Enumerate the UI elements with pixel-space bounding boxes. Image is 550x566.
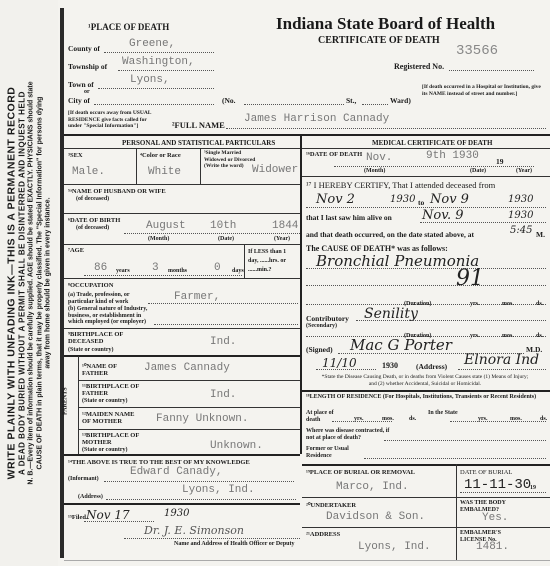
registered-label: Registered No. (394, 62, 444, 71)
certify-statement: ¹⁷ I HEREBY CERTIFY, That I attended dec… (306, 180, 495, 190)
document-title: Indiana State Board of Health (276, 14, 495, 34)
informant-address-value: Lyons, Ind. (182, 484, 255, 496)
death-time-label: and that death occurred, on the date sta… (306, 230, 474, 239)
birthplace-value: Ind. (210, 336, 236, 348)
former-residence-label: Former or Usual Residence (306, 446, 366, 459)
date-of-death-day: 9th 1930 (426, 150, 479, 162)
attended-to-date: Nov 9 (430, 192, 469, 207)
sex-label: ³SEX (68, 152, 83, 159)
dod-day-label: (Date) (470, 168, 486, 175)
father-name-label: ¹⁰NAME OF FATHER (82, 362, 140, 377)
contributory-label: Contributory (306, 314, 349, 323)
personal-heading: PERSONAL AND STATISTICAL PARTICULARS (122, 139, 275, 147)
embalmed-value: Yes. (482, 512, 508, 524)
parents-side-label: PARENTS (63, 387, 70, 415)
ink-instruction: WRITE PLAINLY WITH UNFADING INK—THIS IS … (5, 0, 17, 566)
contrib-yrs-label: yrs. (470, 333, 480, 340)
date-of-death-19: 19 (496, 157, 504, 166)
in-state-label: In the State (428, 410, 458, 417)
cause-mos-label: mos. (502, 301, 514, 308)
permit-instruction: A DEAD BODY BURIED WITHOUT A PERMIT SHAL… (17, 0, 27, 566)
document-subtitle: CERTIFICATE OF DEATH (318, 35, 440, 46)
years-label: years (116, 268, 130, 275)
days-label: days (232, 268, 244, 275)
cause-note: 91 (456, 266, 484, 291)
undertaker-address-label: ²¹ADDRESS (306, 531, 340, 538)
father-birthplace-label: ¹¹BIRTHPLACE OF FATHER (82, 383, 152, 397)
county-value: Greene, (129, 38, 175, 50)
cause-yrs-label: yrs. (470, 301, 480, 308)
residence-yrs-label: yrs. (354, 416, 364, 423)
instructions-text: WRITE PLAINLY WITH UNFADING INK—THIS IS … (5, 0, 53, 566)
nb-instruction-1: N. B.—Every item of information should b… (27, 0, 36, 566)
informant-value: Edward Canady, (130, 466, 222, 478)
date-of-death-month: Nov. (366, 152, 392, 164)
occupation-label: ⁸OCCUPATION (68, 282, 113, 289)
health-officer-signature: Dr. J. E. Simonson (144, 524, 244, 537)
date-of-death-label: ¹⁶DATE OF DEATH (306, 151, 362, 158)
township-label: Township of (68, 62, 107, 71)
nb-instruction-2: CAUSE OF DEATH in plain terms, that it m… (36, 0, 45, 566)
filed-label: ¹⁵Filed (68, 514, 86, 521)
cause-footnote: *State the Disease Causing Death, or in … (320, 374, 530, 387)
or-label: or (84, 89, 90, 96)
last-saw-year: 1930 (508, 210, 533, 221)
dob-sub: (of deceased) (76, 225, 109, 232)
age-months: 3 (152, 262, 159, 274)
occupation-b-label: (b) General nature of Industry, business… (68, 306, 152, 326)
signature-date: 11/10 (322, 356, 357, 370)
birthplace-sub: (State or country) (68, 347, 114, 354)
mother-name-value: Fanny Unknown. (156, 413, 248, 425)
cause-ds-label: ds. (536, 301, 543, 308)
mother-birthplace-sub: (State or country) (82, 447, 128, 454)
less-than-day-label: If LESS than 1 day, ......hrs. or ......… (248, 248, 298, 275)
color-value: White (148, 166, 181, 178)
dob-month: August (146, 220, 186, 232)
undertaker-value: Davidson & Son. (326, 511, 425, 523)
residence-note: [If death occurs away from USUAL RESIDEN… (68, 110, 156, 130)
physician-address-value: Elnora Ind (464, 352, 539, 368)
death-certificate-form: ¹PLACE OF DEATH Indiana State Board of H… (64, 0, 550, 566)
place-of-death-heading: ¹PLACE OF DEATH (88, 22, 169, 32)
town-value: Lyons, (130, 74, 170, 86)
state-yrs-label: yrs. (478, 416, 488, 423)
burial-place-value: Marco, Ind. (336, 481, 409, 493)
full-name-label: ²FULL NAME (172, 120, 225, 130)
contributory-sub: (Secondary) (306, 323, 337, 330)
filed-year: 1930 (164, 508, 189, 519)
months-label: months (168, 268, 187, 275)
age-years: 86 (94, 262, 107, 274)
burial-place-label: ¹⁹PLACE OF BURIAL OR REMOVAL (306, 469, 415, 476)
street-no-label: (No. (222, 96, 236, 105)
state-mos-label: mos. (510, 416, 522, 423)
mother-birthplace-value: Unknown. (210, 440, 263, 452)
dod-month-label: (Month) (364, 168, 385, 175)
last-saw-date: Nov. 9 (422, 208, 464, 223)
informant-address-label: (Address) (78, 494, 103, 501)
last-saw-label: that I last saw him alive on (306, 213, 392, 222)
residence-ds-label: ds. (409, 416, 416, 423)
spouse-label: ⁵ᵃNAME OF HUSBAND OR WIFE (68, 188, 166, 195)
dod-year-label: (Year) (516, 168, 532, 175)
occupation-a-label: (a) Trade, profession, or particular kin… (68, 292, 148, 305)
father-name-value: James Cannady (144, 362, 230, 374)
hospital-note: [If death occurred in a Hospital or Inst… (422, 84, 542, 97)
physician-address-label: (Address) (416, 362, 447, 371)
undertaker-label: ²⁰UNDERTAKER (306, 501, 356, 509)
birthplace-label: ⁹BIRTHPLACE OF DECEASED (68, 331, 138, 345)
attended-to-year: 1930 (508, 194, 533, 205)
death-time-value: 5:45 (510, 225, 532, 236)
occupation-value: Farmer, (174, 291, 220, 303)
state-ds-label: ds. (540, 416, 547, 423)
contrib-ds-label: ds. (536, 333, 543, 340)
city-label: City of (68, 96, 90, 105)
color-label: ⁴Color or Race (140, 152, 181, 159)
undertaker-address-value: Lyons, Ind. (358, 541, 431, 553)
attended-to-label: to (418, 198, 424, 207)
year-label: (Year) (274, 236, 290, 243)
registered-number: 33566 (456, 43, 498, 59)
father-birthplace-sub: (State or country) (82, 398, 128, 405)
attended-from-date: Nov 2 (316, 192, 355, 207)
nb-instruction-3: away from home should be given in every … (44, 0, 53, 566)
signature-year: 1930 (382, 361, 398, 370)
month-label: (Month) (148, 236, 169, 243)
disease-contracted-label: Where was disease contracted, if not at … (306, 428, 396, 441)
age-days: 0 (214, 262, 221, 274)
informant-heading: ¹⁴THE ABOVE IS TRUE TO THE BEST OF MY KN… (68, 459, 250, 466)
sex-value: Male. (72, 166, 105, 178)
street-label: St., (346, 96, 356, 105)
father-birthplace-value: Ind. (210, 389, 236, 401)
health-officer-label: Name and Address of Health Officer or De… (174, 541, 295, 548)
dob-label: ⁶DATE OF BIRTH (68, 217, 120, 224)
mother-name-label: ¹²MAIDEN NAME OF MOTHER (82, 411, 144, 425)
attended-from-year: 1930 (390, 194, 415, 205)
spouse-sub: (of deceased) (76, 196, 109, 203)
marital-status-value: Widower (252, 164, 298, 176)
informant-label: (Informant) (68, 476, 99, 483)
date-label: (Date) (218, 236, 234, 243)
filed-date: Nov 17 (86, 508, 130, 522)
county-label: County of (68, 44, 100, 53)
age-label: ⁷AGE (68, 247, 84, 254)
signed-label: (Signed) (306, 345, 333, 354)
contrib-mos-label: mos. (502, 333, 514, 340)
dob-year: 1844 (272, 220, 298, 232)
instructions-sidebar: WRITE PLAINLY WITH UNFADING INK—THIS IS … (0, 0, 58, 566)
mother-birthplace-label: ¹³BIRTHPLACE OF MOTHER (82, 432, 152, 446)
embalmer-license-value: 1481. (476, 541, 509, 553)
burial-date-19: 19 (530, 485, 536, 492)
township-value: Washington, (122, 56, 195, 68)
dob-date: 10th (210, 220, 236, 232)
burial-date-label: DATE OF BURIAL (460, 469, 512, 476)
residence-heading: ¹⁸LENGTH OF RESIDENCE (For Hospitals, In… (306, 394, 546, 401)
full-name-value: James Harrison Cannady (244, 113, 389, 125)
residence-mos-label: mos. (382, 416, 394, 423)
ward-label: Ward) (390, 96, 411, 105)
burial-date-value: 11-11-30 (464, 477, 531, 493)
town-label: Town of (68, 80, 94, 89)
medical-heading: MEDICAL CERTIFICATE OF DEATH (372, 139, 492, 147)
death-time-m: M. (536, 230, 545, 239)
physician-signature: Mac G Porter (350, 336, 452, 354)
